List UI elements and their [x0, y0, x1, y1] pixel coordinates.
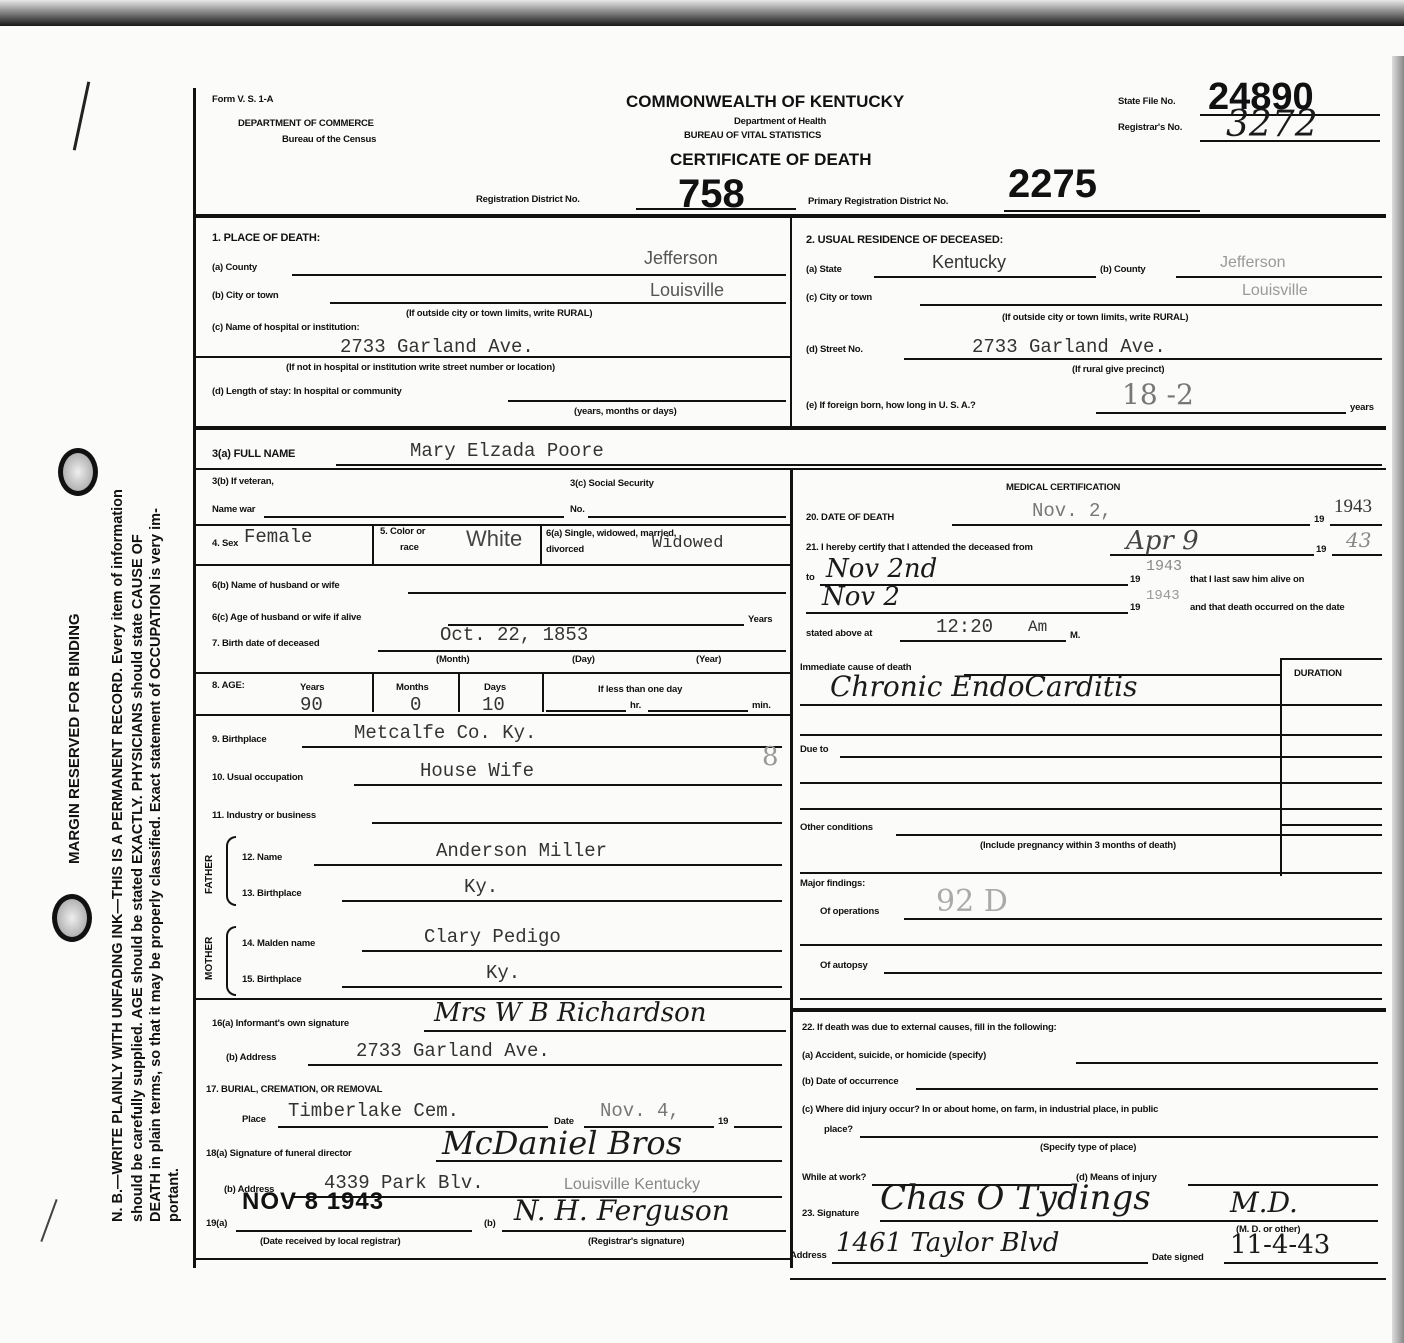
years-label: years	[1350, 402, 1374, 413]
binding-hole-icon	[52, 894, 92, 942]
death-county-value: Jefferson	[644, 248, 718, 269]
marital-value: Widowed	[652, 534, 723, 553]
dod-year-prefix: 19	[1314, 514, 1324, 525]
mother-birthplace-value: Ky.	[486, 962, 520, 984]
residence-heading: 2. USUAL RESIDENCE OF DECEASED:	[806, 234, 1003, 246]
age-years-value: 90	[300, 694, 323, 716]
attend-from-year-prefix: 19	[1316, 544, 1326, 555]
burial-place-value: Timberlake Cem.	[288, 1100, 459, 1122]
divorced-label: divorced	[546, 544, 584, 555]
duration-label: DURATION	[1294, 668, 1342, 679]
other-conditions-note: (Include pregnancy within 3 months of de…	[980, 840, 1176, 851]
state-file-label: State File No.	[1118, 96, 1175, 107]
mother-birthplace-label: 15. Birthplace	[242, 974, 302, 985]
foreign-born-value: 18 -2	[1122, 378, 1194, 411]
age-months-value: 0	[410, 694, 421, 716]
primary-district-value: 2275	[1008, 162, 1097, 207]
day-label: (Day)	[572, 654, 595, 665]
name-war-label: Name war	[212, 504, 255, 515]
death-occurred-label: and that death occurred on the date	[1190, 602, 1345, 613]
funeral-director-city: Louisville Kentucky	[564, 1176, 700, 1194]
time-of-death: 12:20	[936, 616, 993, 638]
father-birthplace-value: Ky.	[464, 876, 498, 898]
mother-side-label: MOTHER	[204, 937, 215, 980]
age-days-value: 10	[482, 694, 505, 716]
month-label: (Month)	[436, 654, 469, 665]
funeral-director-label: 18(a) Signature of funeral director	[206, 1148, 352, 1159]
race-label: race	[400, 542, 419, 553]
age-months-label: Months	[396, 682, 429, 693]
injury-place-label: (c) Where did injury occur? In or about …	[802, 1104, 1158, 1115]
form-number: Form V. S. 1-A	[212, 94, 273, 105]
of-operations-label: Of operations	[820, 906, 879, 917]
burial-date-value: Nov. 4,	[600, 1100, 680, 1122]
occupation-value: House Wife	[420, 760, 534, 782]
burial-heading: 17. BURIAL, CREMATION, OR REMOVAL	[206, 1084, 382, 1095]
place-of-death-heading: 1. PLACE OF DEATH:	[212, 232, 320, 244]
attended-to-year: 1943	[1146, 558, 1182, 575]
father-name-label: 12. Name	[242, 852, 282, 863]
birthplace-label: 9. Birthplace	[212, 734, 266, 745]
other-conditions-label: Other conditions	[800, 822, 873, 833]
stay-note: (years, months or days)	[574, 406, 677, 417]
foreign-born-label: (e) If foreign born, how long in U. S. A…	[806, 400, 976, 411]
last-saw-year: 1943	[1146, 588, 1180, 604]
residence-county-label: (b) County	[1100, 264, 1146, 275]
commonwealth-title: COMMONWEALTH OF KENTUCKY	[626, 92, 904, 112]
veteran-label: 3(b) If veteran,	[212, 476, 274, 487]
date-of-death-label: 20. DATE OF DEATH	[806, 512, 894, 523]
while-at-work-label: While at work?	[802, 1172, 866, 1183]
date-of-occurrence-label: (b) Date of occurrence	[802, 1076, 898, 1087]
registrar-no-label: Registrar's No.	[1118, 122, 1182, 133]
father-name-value: Anderson Miller	[436, 840, 607, 862]
received-date-note: (Date received by local registrar)	[260, 1236, 401, 1247]
occupation-label: 10. Usual occupation	[212, 772, 303, 783]
length-of-stay-label: (d) Length of stay: In hospital or commu…	[212, 386, 402, 397]
hr-label: hr.	[630, 700, 641, 711]
industry-label: 11. Industry or business	[212, 810, 316, 821]
mother-brace-icon	[226, 926, 236, 996]
registrar-signature: N. H. Ferguson	[514, 1194, 730, 1227]
place-label: place?	[824, 1124, 853, 1135]
attended-from-year: 43	[1346, 528, 1371, 552]
date-signed-label: Date signed	[1152, 1252, 1204, 1263]
received-date-label: 19(a)	[206, 1218, 227, 1229]
burial-place-label: Place	[242, 1114, 266, 1125]
occupation-code: 8	[762, 742, 779, 772]
dod-year: 1943	[1334, 496, 1372, 518]
attended-label: 21. I hereby certify that I attended the…	[806, 542, 1033, 553]
birth-date-label: 7. Birth date of deceased	[212, 638, 319, 649]
certificate-title: CERTIFICATE OF DEATH	[670, 150, 871, 170]
social-security-label: 3(c) Social Security	[570, 478, 654, 489]
spouse-name-label: 6(b) Name of husband or wife	[212, 580, 339, 591]
informant-signature: Mrs W B Richardson	[434, 998, 707, 1028]
immediate-cause-value: Chronic EndoCarditis	[830, 670, 1137, 703]
hospital-note: (If not in hospital or institution write…	[286, 362, 555, 373]
informant-address-label: (b) Address	[226, 1052, 276, 1063]
external-causes-heading: 22. If death was due to external causes,…	[802, 1022, 1057, 1033]
informant-signature-label: 16(a) Informant's own signature	[212, 1018, 349, 1029]
residence-state-value: Kentucky	[932, 252, 1006, 273]
last-saw-label: that I last saw him alive on	[1190, 574, 1304, 585]
informant-address-value: 2733 Garland Ave.	[356, 1040, 550, 1062]
min-label: min.	[752, 700, 771, 711]
mother-name-value: Clary Pedigo	[424, 926, 561, 948]
sex-value: Female	[244, 526, 312, 548]
father-brace-icon	[226, 836, 236, 906]
binding-hole-icon	[58, 448, 98, 496]
scan-right-edge	[1392, 56, 1404, 1343]
color-label: 5. Color or	[380, 526, 425, 537]
attend-to-year-prefix: 19	[1130, 574, 1140, 585]
age-days-label: Days	[484, 682, 506, 693]
registration-district-label: Registration District No.	[476, 194, 580, 205]
physician-address-label: Address	[790, 1250, 827, 1261]
last-saw-value: Nov 2	[822, 582, 900, 612]
last-saw-year-prefix: 19	[1130, 602, 1140, 613]
residence-city-value: Louisville	[1242, 282, 1308, 300]
less-than-day-label: If less than one day	[598, 684, 682, 695]
binding-margin-label: MARGIN RESERVED FOR BINDING	[66, 613, 83, 864]
birthplace-value: Metcalfe Co. Ky.	[354, 722, 536, 744]
age-label: 8. AGE:	[212, 680, 245, 691]
bureau-census: Bureau of the Census	[282, 134, 376, 145]
date-signed-value: 11-4-43	[1230, 1230, 1330, 1260]
father-side-label: FATHER	[204, 855, 215, 894]
check-mark-icon	[73, 81, 90, 150]
sex-label: 4. Sex	[212, 538, 238, 549]
city-note: (If outside city or town limits, write R…	[406, 308, 592, 319]
instructions-line-1: N. B.—WRITE PLAINLY WITH UNFADING INK—TH…	[110, 489, 126, 1222]
bureau-vital-statistics: BUREAU OF VITAL STATISTICS	[684, 130, 821, 141]
attended-from-value: Apr 9	[1126, 526, 1199, 556]
father-birthplace-label: 13. Birthplace	[242, 888, 302, 899]
full-name-label: 3(a) FULL NAME	[212, 448, 295, 460]
ss-no-label: No.	[570, 504, 585, 515]
certificate-form: Form V. S. 1-A DEPARTMENT OF COMMERCE Bu…	[193, 88, 1386, 1268]
department-commerce: DEPARTMENT OF COMMERCE	[238, 118, 374, 129]
physician-signature: Chas O Tydings	[880, 1178, 1151, 1218]
registrar-no-value: 3272	[1226, 104, 1318, 145]
hospital-label: (c) Name of hospital or institution:	[212, 322, 359, 333]
registration-district-value: 758	[678, 172, 745, 217]
major-findings-label: Major findings:	[800, 878, 865, 889]
street-note: (If rural give precinct)	[1072, 364, 1164, 375]
primary-district-label: Primary Registration District No.	[808, 196, 948, 207]
registrar-signature-label: (b)	[484, 1218, 496, 1229]
race-value: White	[466, 526, 522, 552]
physician-md: M.D.	[1230, 1186, 1298, 1219]
physician-address: 1461 Taylor Blvd	[836, 1228, 1059, 1258]
received-date-stamp: NOV 8 1943	[242, 1188, 384, 1216]
operations-code: 92 D	[936, 884, 1008, 919]
residence-city-label: (c) City or town	[806, 292, 872, 303]
check-mark-icon	[40, 1199, 57, 1242]
spouse-age-unit: Years	[748, 614, 772, 625]
residence-street-label: (d) Street No.	[806, 344, 863, 355]
physician-signature-label: 23. Signature	[802, 1208, 859, 1219]
instructions-line-4: portant.	[166, 1168, 182, 1222]
hospital-value: 2733 Garland Ave.	[340, 336, 534, 358]
mother-name-label: 14. Malden name	[242, 938, 315, 949]
residence-county-value: Jefferson	[1220, 254, 1286, 272]
death-city-value: Louisville	[650, 280, 724, 301]
residence-state-label: (a) State	[806, 264, 842, 275]
residence-street-value: 2733 Garland Ave.	[972, 336, 1166, 358]
spouse-age-label: 6(c) Age of husband or wife if alive	[212, 612, 361, 623]
department-health: Department of Health	[734, 116, 826, 127]
m-label: M.	[1070, 630, 1080, 641]
specify-place-note: (Specify type of place)	[1040, 1142, 1136, 1153]
birth-date-value: Oct. 22, 1853	[440, 624, 588, 646]
death-county-label: (a) County	[212, 262, 257, 273]
to-label: to	[806, 572, 815, 583]
age-years-label: Years	[300, 682, 324, 693]
instructions-line-2: should be carefully supplied. AGE should…	[130, 534, 146, 1222]
attended-to-value: Nov 2nd	[826, 554, 937, 584]
full-name-value: Mary Elzada Poore	[410, 440, 604, 462]
burial-year-prefix: 19	[718, 1116, 728, 1127]
am-pm: Am	[1028, 618, 1047, 636]
death-city-label: (b) City or town	[212, 290, 278, 301]
medical-certification-heading: MEDICAL CERTIFICATION	[1006, 482, 1120, 493]
year-label: (Year)	[696, 654, 721, 665]
of-autopsy-label: Of autopsy	[820, 960, 868, 971]
date-of-death-value: Nov. 2,	[1032, 500, 1112, 522]
certificate-paper: MARGIN RESERVED FOR BINDING N. B.—WRITE …	[0, 26, 1404, 1343]
registrar-signature-note: (Registrar's signature)	[588, 1236, 684, 1247]
funeral-director-signature: McDaniel Bros	[442, 1124, 682, 1162]
instructions-line-3: DEATH in plain terms, so that it may be …	[148, 508, 164, 1222]
due-to-label: Due to	[800, 744, 828, 755]
stated-above-label: stated above at	[806, 628, 872, 639]
residence-city-note: (If outside city or town limits, write R…	[1002, 312, 1188, 323]
accident-label: (a) Accident, suicide, or homicide (spec…	[802, 1050, 986, 1061]
